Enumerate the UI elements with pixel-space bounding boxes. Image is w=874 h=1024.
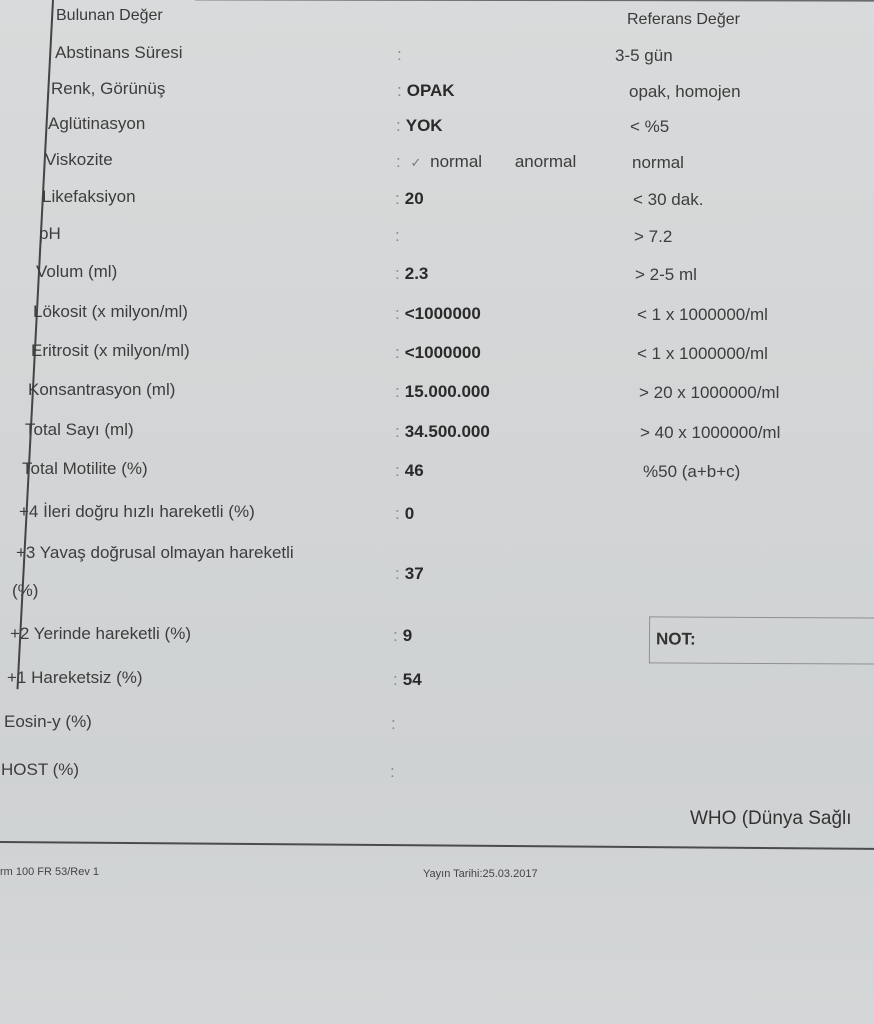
separator: : (395, 382, 400, 401)
row-label: Abstinans Süresi (55, 43, 183, 63)
row-label: +4 İleri doğru hızlı hareketli (%) (19, 502, 255, 522)
row-label: Renk, Görünüş (51, 79, 165, 99)
row-value: :54 (393, 670, 422, 690)
separator: : (395, 461, 400, 480)
checkmark-icon: ✓ (410, 155, 421, 170)
value-text: <1000000 (405, 304, 481, 323)
value-text: 0 (405, 504, 414, 523)
row-label: Likefaksiyon (42, 187, 136, 207)
row-value: :34.500.000 (395, 422, 490, 442)
note-box: NOT: (649, 616, 874, 664)
reference-value: > 40 x 1000000/ml (640, 423, 780, 443)
value-text: 46 (405, 461, 424, 480)
row-value: : (391, 714, 401, 734)
separator: : (391, 714, 396, 733)
value-text: 2.3 (405, 264, 429, 283)
publish-date: Yayın Tarihi:25.03.2017 (423, 868, 538, 880)
separator: : (396, 116, 401, 135)
row-value: :YOK (396, 116, 443, 136)
row-label: Viskozite (45, 150, 113, 170)
option-normal: normal (430, 152, 482, 171)
value-text: 37 (405, 564, 424, 583)
separator: : (395, 564, 400, 583)
row-value: :20 (395, 189, 424, 209)
row-label: +2 Yerinde hareketli (%) (10, 624, 191, 644)
found-value-header: Bulunan Değer (56, 7, 163, 25)
row-label: Lökosit (x milyon/ml) (33, 302, 188, 322)
value-text: 34.500.000 (405, 422, 490, 441)
row-label: HOST (%) (1, 760, 79, 780)
value-text: 54 (403, 670, 422, 689)
separator: : (396, 152, 401, 171)
reference-value: > 20 x 1000000/ml (639, 383, 779, 403)
reference-value: opak, homojen (629, 82, 741, 102)
separator: : (395, 304, 400, 323)
who-reference-text: WHO (Dünya Sağlı (690, 808, 852, 830)
row-label: pH (39, 224, 61, 244)
reference-value: < %5 (630, 117, 669, 137)
row-value: :OPAK (397, 81, 455, 101)
row-value: :<1000000 (395, 343, 481, 363)
row-value: :15.000.000 (395, 382, 490, 402)
row-label: Total Motilite (%) (22, 459, 148, 479)
row-value: : (397, 45, 407, 65)
value-text: 9 (403, 626, 412, 645)
value-text: <1000000 (405, 343, 481, 362)
value-text: OPAK (407, 81, 455, 100)
footer-divider (0, 841, 874, 850)
value-text: 15.000.000 (405, 382, 490, 401)
reference-value: > 7.2 (634, 227, 672, 247)
row-label: Aglütinasyon (48, 114, 145, 134)
row-label: Total Sayı (ml) (25, 420, 134, 440)
reference-value: < 1 x 1000000/ml (637, 344, 768, 364)
separator: : (395, 226, 400, 245)
separator: : (395, 343, 400, 362)
row-label: +1 Hareketsiz (%) (7, 668, 143, 688)
row-value: :2.3 (395, 264, 428, 284)
separator: : (393, 626, 398, 645)
separator: : (395, 264, 400, 283)
row-label: Eosin-y (%) (4, 712, 92, 732)
row-value: : ✓ normal anormal (396, 152, 576, 172)
reference-value: > 2-5 ml (635, 265, 697, 285)
row-value: :46 (395, 461, 424, 481)
row-label: Eritrosit (x milyon/ml) (31, 341, 190, 361)
row-value: : (395, 226, 405, 246)
form-code: rm 100 FR 53/Rev 1 (0, 866, 99, 878)
option-anormal: anormal (515, 152, 576, 171)
reference-value: %50 (a+b+c) (643, 462, 740, 482)
separator: : (395, 422, 400, 441)
value-text: 20 (405, 189, 424, 208)
row-value: :0 (395, 504, 414, 524)
reference-value: < 30 dak. (633, 190, 703, 210)
row-value: :<1000000 (395, 304, 481, 324)
separator: : (393, 670, 398, 689)
reference-value-header: Referans Değer (627, 11, 740, 29)
row-label: Volum (ml) (36, 262, 117, 282)
note-label: NOT: (656, 629, 696, 649)
row-value: :9 (393, 626, 412, 646)
separator: : (397, 45, 402, 64)
separator: : (390, 762, 395, 781)
row-label-continued: (%) (12, 581, 38, 601)
value-text: YOK (406, 116, 443, 135)
reference-value: < 1 x 1000000/ml (637, 305, 768, 325)
separator: : (395, 189, 400, 208)
top-border-line (195, 0, 874, 2)
separator: : (397, 81, 402, 100)
row-label: Konsantrasyon (ml) (28, 380, 175, 400)
row-value: :37 (395, 564, 424, 584)
reference-value: 3-5 gün (615, 46, 673, 66)
separator: : (395, 504, 400, 523)
row-value: : (390, 762, 400, 782)
row-label: +3 Yavaş doğrusal olmayan hareketli (16, 543, 294, 563)
reference-value: normal (632, 153, 684, 173)
